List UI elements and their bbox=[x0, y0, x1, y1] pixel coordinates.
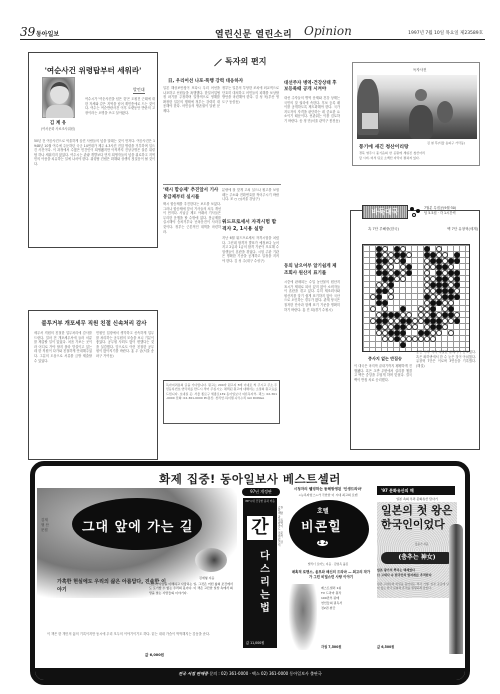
white-stone bbox=[448, 330, 454, 336]
feature-item: 전2권 완간 bbox=[321, 606, 373, 611]
book-blurb: <뉴욕타임스>가 극찬한 이 시대 최고의 로맨 bbox=[283, 493, 373, 497]
book-title: 비콘힐 bbox=[301, 516, 342, 535]
letter-headline: 동의 날으어부 알기쉽게 제조회사 원산지 표기를 bbox=[284, 264, 340, 277]
book-side-text: 김재형 산문집 bbox=[41, 518, 49, 533]
article-body-col2: 민원인 입장에서 생각하고 신속하게 업무를 처리하는 공무원의 모습을 보니 … bbox=[96, 331, 154, 457]
letter-body: 정부는 일본의 부당한 조치에 외교적으로 단호히 대처하고 어민들의 피해를 … bbox=[222, 86, 279, 178]
letter-headline: 대선주자 병역·건강상태 후보등록때 공개 시켜야 bbox=[284, 81, 340, 93]
book-title: 그대 앞에 가는 길 bbox=[82, 516, 193, 535]
book-price: 값 11,000원 bbox=[246, 640, 264, 645]
letter-body: 지난 6월 워드프로세서 자격시험을 치렀다. 그런데 합격자 발표가 예정보다… bbox=[222, 236, 279, 376]
book-subtitle-pill: (춤추는 神女) bbox=[381, 552, 453, 564]
book-quote: 사람이 사람을 이해하고 사랑하는 일, 그것은 어떤 삶의 조건에서도 포기할… bbox=[149, 582, 234, 624]
bestseller-ad: 화제 집중! 동아일보사 베스트셀러 그대 앞에 가는 길 김재형 산문집 김재… bbox=[30, 461, 470, 685]
book-bullets: 일본 왕가의 뿌리는 백제였다 日 고대사 속 한국인의 발자취를 추적한다 bbox=[377, 568, 457, 578]
letter-body: 일본 해상보안청이 또다시 우리 어선을 나포하고 선원들을 폭행했다. 한일어… bbox=[163, 86, 220, 178]
white-stone bbox=[436, 330, 442, 336]
masthead: 39 동아일보 열린신문 열린소리 Opinion 1997년 7월 10일 목… bbox=[20, 26, 485, 40]
author-title: (여서문화 사료조사위원) bbox=[32, 126, 84, 131]
section-title-en: Opinion bbox=[304, 24, 352, 38]
go-title: 바둑대국 bbox=[362, 205, 408, 219]
photo-credit: 김 철 후(서울 송파구 가락동) bbox=[427, 141, 477, 165]
letter-body: 시중에 판매되는 수입 농산물의 원산지 표시가 제대로 되어 있지 않아 소비… bbox=[284, 280, 340, 456]
opinion-column: '여순사건 위령탑부터 세워라' 김 계 유 (여서문화 사료조사위원) 발언대… bbox=[28, 52, 158, 248]
photo-stone bbox=[437, 101, 453, 123]
notice-text: 독자여러분의 글을 기다립니다. 원고는 200자 원고지 5매 이내로 써 주… bbox=[166, 383, 277, 423]
book-blurb: 시청자의 웰빙하는 동해방영된 '인생드라마' bbox=[283, 487, 373, 492]
photo-stone-top bbox=[415, 89, 427, 101]
portrait-head bbox=[50, 82, 69, 104]
book-meta: 엘리너 로마노 지음 · 김영옥 옮김 bbox=[283, 562, 373, 566]
go-body-col2: 중반 이후 백의 치밀한 끝내기가 돋보였다. 흑은 좌하귀에서 한 수 늦은 … bbox=[416, 350, 476, 446]
edition-badge: 97년 개정판 bbox=[242, 488, 280, 496]
book-price: 값 6,000원 bbox=[145, 653, 164, 658]
submission-notice: 독자여러분의 글을 기다립니다. 원고는 200자 원고지 5매 이내로 써 주… bbox=[163, 380, 280, 424]
letter-headline: 日, 우리어선 나포·폭행 강력 대응하자 bbox=[168, 78, 278, 84]
book-title: 다스리는 법 bbox=[258, 550, 272, 615]
issue-date: 1997년 7월 10일 목요일 제23589호 bbox=[408, 30, 483, 36]
photo-plinth bbox=[362, 113, 378, 129]
book-review: 이 책은 한 개인의 삶의 기록이지만 동시에 우리 모두의 이야기이기도 하다… bbox=[47, 632, 232, 650]
bullet-item: 日 고대사 속 한국인의 발자취를 추적한다 bbox=[377, 573, 457, 578]
author-portrait bbox=[195, 548, 227, 572]
book-subtitle: IMF시대 건강한 몸과 마음 bbox=[244, 500, 276, 503]
go-board bbox=[362, 244, 470, 352]
go-headline: 중사지 없는 반집승 bbox=[358, 356, 412, 362]
book-ad[interactable]: '97 문화유산의 해 일본 속의 우리 문화유산 답사기 일본의 첫 왕은 한… bbox=[375, 484, 465, 656]
book-price: 각권 7,500원 bbox=[321, 644, 341, 649]
article-body-col1: 세무서 직원의 친절한 업무처리에 감사를 드린다. 얼마 전 개포세무서에 들… bbox=[34, 331, 92, 457]
black-stone bbox=[454, 294, 460, 300]
letter-headline: 워드프로세서 자격시험 합격자 2, 1시용 실망 bbox=[222, 220, 279, 233]
black-stone bbox=[454, 258, 460, 264]
black-stone bbox=[400, 342, 406, 348]
photo-tag: 독자사진 bbox=[413, 68, 427, 73]
letter-headline: '택시 합승제' 추진앞서 기사 봉급제부터 실시를 bbox=[163, 188, 221, 201]
black-stone bbox=[454, 318, 460, 324]
article-headline: 불투거부 개포세무 직원 친절 신속처리 감사 bbox=[34, 319, 154, 327]
book-author: 김재형 지음 bbox=[199, 576, 214, 580]
book-title-small: 호텔 bbox=[317, 506, 329, 515]
section-tag: 발언대 bbox=[133, 87, 145, 94]
white-stone bbox=[388, 294, 394, 300]
go-meta: 7월분 특집공(9월·30) 덤 5.5집 · 각 1시간씩 bbox=[424, 206, 456, 216]
book-features: 베스트셀러 1위 TV 드라마 원작 100만부 판매 연인들의 필독서 전2권… bbox=[321, 586, 373, 611]
column-body-intro: 여수시가 '여순사건을 넘은 것'은 도원진 근래에 대한 자세와 같은 지역을… bbox=[85, 97, 155, 137]
book-ad[interactable]: 시청자의 웰빙하는 동해방영된 '인생드라마' <뉴욕타임스>가 극찬한 이 시… bbox=[283, 484, 373, 656]
footer-emphasis: 전국 서점 판매중 bbox=[178, 671, 208, 676]
book-price: 값 6,500원 bbox=[377, 644, 394, 649]
black-player: 흑 7단 루해중(한국) bbox=[368, 227, 399, 232]
book-banner: '97 문화유산의 해 bbox=[377, 486, 455, 495]
go-stones-icon bbox=[410, 207, 422, 217]
cover-portrait bbox=[289, 584, 317, 650]
white-stone bbox=[406, 252, 412, 258]
book-author: 홍윤기 지음 bbox=[415, 542, 428, 546]
white-stone bbox=[442, 324, 448, 330]
photo-description: 경북 영주시 풍기읍의 한 공원에 세워진 청산아리랑 시비. 비석 뒤로 소백… bbox=[359, 151, 425, 165]
book-pitch: 매혹적 로맨스, 음모와 배신의 드라마 — 최고의 작가가 그린 비밀스런 사… bbox=[291, 570, 371, 579]
author-photo bbox=[42, 77, 75, 118]
photo-stone bbox=[409, 105, 433, 139]
white-stone bbox=[370, 306, 376, 312]
go-players: 흑 7단 루해중(한국) 백 7단 유창혁(세계) bbox=[368, 227, 478, 232]
paper-name: 동아일보 bbox=[36, 29, 59, 38]
page-number: 39 bbox=[20, 26, 35, 39]
book-title-char: 간 bbox=[247, 516, 273, 540]
monument-photo bbox=[357, 75, 477, 139]
white-player: 백 7단 유창혁(세계) bbox=[447, 227, 478, 232]
white-stone bbox=[400, 276, 406, 282]
letter-body: 대선 주자들의 병역 문제와 건강 상태는 국민의 알 권리에 속한다. 후보 … bbox=[284, 96, 340, 256]
section-title: 열린신문 열린소리 bbox=[215, 27, 292, 40]
white-stone bbox=[430, 336, 436, 342]
book-volumes: 1 2 bbox=[317, 540, 328, 546]
letter-lead: 분량에 잘 맞게 고쳐 실으나 원고를 보낼 때는 주소와 전화번호를 적어주시… bbox=[222, 188, 279, 218]
ad-footer: 전국 서점 판매중 문의 : 02) 361-0000 · 팩스 02) 361… bbox=[35, 668, 465, 680]
book-title: 일본의 첫 왕은 한국인이었다 bbox=[381, 504, 455, 532]
book-subtitle: 일본 속의 우리 문화유산 답사기 bbox=[377, 497, 457, 501]
go-meta-line: 덤 5.5집 · 각 1시간씩 bbox=[424, 211, 456, 216]
photo-title: 풍기에 새긴 청산이리랑 bbox=[359, 143, 409, 150]
go-body-col1: 이 대국은 마지막 끝내기까지 팽팽하게 진행됐다. 흑은 초반 우변에서 실리… bbox=[354, 364, 412, 446]
black-stone bbox=[406, 270, 412, 276]
white-stone bbox=[412, 324, 418, 330]
book-ad[interactable]: 그대 앞에 가는 길 김재형 산문집 김재형 지음 가혹한 현실에도 우리의 삶… bbox=[37, 488, 237, 658]
column-headline: '여순사건 위령탑부터 세워라' bbox=[29, 65, 157, 76]
portrait-body bbox=[46, 105, 73, 118]
reader-photo-box: 독자사진 풍기에 새긴 청산이리랑 경북 영주시 풍기읍의 한 공원에 세워진 … bbox=[352, 62, 480, 166]
column-body-main: 50년 전 여순사건으로 억울하게 숨진 사람들의 넋을 달래는 것이 먼저다.… bbox=[34, 139, 155, 245]
letter-article: 불투거부 개포세무 직원 친절 신속처리 감사 세무서 직원의 친절한 업무처리… bbox=[28, 310, 158, 460]
letter-body: 택시 합승제를 추진한다는 보도를 보았다. 그러나 합승제에 앞서 기사들의 … bbox=[163, 202, 221, 378]
cover-figure bbox=[449, 524, 463, 654]
divider bbox=[163, 184, 281, 185]
book-ad[interactable]: 97년 개정판 IMF시대 건강한 몸과 마음 간 다스리는 법 값 11,00… bbox=[240, 486, 282, 656]
letters-section-head: 독자의 편지 bbox=[225, 56, 266, 67]
book-description: 일본 고대사의 비밀을 풀어내는 역사 기행. 일본 곳곳에 남아 있는 한국 … bbox=[377, 582, 449, 618]
footer-text: 문의 : 02) 361-0000 · 팩스 02) 361-0000 동아일보… bbox=[209, 671, 321, 676]
